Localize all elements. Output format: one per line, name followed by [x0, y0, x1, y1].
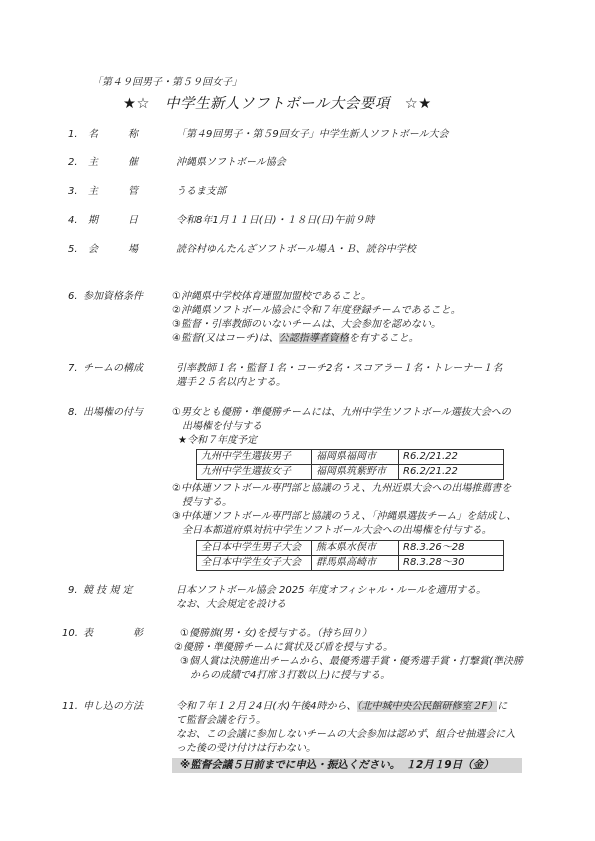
eligibility-line: ①沖縄県中学校体育連盟加盟校であること。 — [172, 290, 461, 304]
rules-line: 日本ソフトボール協会 2025 年度オフィシャル・ルールを適用する。 — [176, 584, 486, 598]
table-row: 九州中学生選抜男子 福岡県福岡市 R6.2/21.22 — [197, 450, 504, 465]
section-label: 会 場 — [88, 243, 138, 257]
highlighted-qualification: 公認指導者資格 — [279, 333, 349, 344]
kyushu-tournament-table: 九州中学生選抜男子 福岡県福岡市 R6.2/21.22 九州中学生選抜女子 福岡… — [196, 449, 504, 480]
awards-line: ③個人賞は決勝進出チームから、最優秀選手賞・優秀選手賞・打撃賞(準決勝 — [180, 655, 523, 669]
table-cell: 福岡県福岡市 — [312, 450, 399, 465]
section-number: 6. — [68, 290, 78, 304]
schedule-note: ★令和７年度予定 — [172, 434, 511, 448]
table-cell: 全日本中学生男子大会 — [197, 541, 312, 556]
section-number: 5. — [68, 243, 78, 257]
table-cell: R8.3.26～28 — [399, 541, 504, 556]
application-text: 令和７年１２月２4日(水)午後4時から、 — [176, 701, 357, 712]
section-number: 4. — [68, 214, 78, 228]
eligibility-line: ③監督・引率教師のいないチームは、大会参加を認めない。 — [172, 318, 461, 332]
composition-line: 選手２５名以内とする。 — [176, 376, 502, 390]
section-value: 「第４9回男子・第５9回女子」中学生新人ソフトボール大会 — [176, 128, 449, 142]
section-value: 読谷村ゆんたんざソフトボール場Ａ・Ｂ、読谷中学校 — [176, 243, 416, 257]
section-label: 名 称 — [88, 128, 138, 142]
deadline-notice: ※監督会議５日前までに申込・振込ください。 １2月１9日（金） — [172, 758, 522, 773]
awards-line: ①優勝旗(男・女)を授与する。（持ち回り） — [180, 627, 523, 641]
section-number: 10. — [62, 627, 78, 641]
section-label: 競 技 規 定 — [83, 584, 133, 598]
section-number: 11. — [62, 700, 78, 714]
section-label: 主 管 — [88, 185, 138, 199]
table-cell: R6.2/21.22 — [399, 450, 504, 465]
table-cell: R6.2/21.22 — [399, 465, 504, 480]
application-line: て監督会議を行う。 — [176, 714, 515, 728]
composition-line: 引率教師１名・監督１名・コーチ2名・スコアラー１名・トレーナー１名 — [176, 362, 502, 376]
section-label: チームの構成 — [83, 362, 143, 376]
section-number: 9. — [68, 584, 78, 598]
table-cell: 全日本中学生女子大会 — [197, 556, 312, 571]
table-cell: 熊本県水俣市 — [312, 541, 399, 556]
table-row: 全日本中学生男子大会 熊本県水俣市 R8.3.26～28 — [197, 541, 504, 556]
qualification-line: ②中体連ソフトボール専門部と協議のうえ、九州近県大会への出場推薦書を — [172, 482, 516, 496]
section-value: 令和8年1月１１日(日)・１８日(日)午前９時 — [176, 214, 374, 228]
section-number: 3. — [68, 185, 78, 199]
application-line: 令和７年１２月２4日(水)午後4時から、（北中城中央公民館研修室２F）に — [176, 700, 515, 714]
table-row: 全日本中学生女子大会 群馬県高崎市 R8.3.28～30 — [197, 556, 504, 571]
section-value: ②中体連ソフトボール専門部と協議のうえ、九州近県大会への出場推薦書を 授与する。… — [172, 482, 516, 538]
eligibility-line: ④監督(又はコーチ)は、公認指導者資格を有すること。 — [172, 332, 461, 346]
awards-line: ②優勝・準優勝チームに賞状及び盾を授与する。 — [174, 641, 523, 655]
section-value: うるま支部 — [176, 185, 226, 199]
section-label: 申し込の方法 — [83, 700, 143, 714]
rules-line: なお、大会規定を設ける — [176, 598, 486, 612]
qualification-line: 出場権を付与する — [172, 420, 511, 434]
eligibility-text: ④監督(又はコーチ)は、 — [172, 333, 279, 344]
national-tournament-table: 全日本中学生男子大会 熊本県水俣市 R8.3.26～28 全日本中学生女子大会 … — [196, 540, 504, 571]
application-text: に — [497, 701, 507, 712]
table-cell: 九州中学生選抜女子 — [197, 465, 312, 480]
section-number: 8. — [68, 406, 78, 420]
highlighted-venue: （北中城中央公民館研修室２F） — [357, 701, 498, 712]
section-value: ①男女とも優勝・準優勝チームには、九州中学生ソフトボール選抜大会への 出場権を付… — [172, 406, 511, 448]
section-number: 7. — [68, 362, 78, 376]
section-label: 参加資格条件 — [83, 290, 143, 304]
page-title: ★☆ 中学生新人ソフトボール大会要項 ☆★ — [123, 92, 432, 113]
qualification-line: 全日本都道府県対抗中学生ソフトボール大会への出場権を付与する。 — [172, 524, 516, 538]
table-cell: 群馬県高崎市 — [312, 556, 399, 571]
qualification-line: ①男女とも優勝・準優勝チームには、九州中学生ソフトボール選抜大会への — [172, 406, 511, 420]
section-label: 期 日 — [88, 214, 138, 228]
section-label: 主 催 — [88, 156, 138, 170]
table-cell: 九州中学生選抜男子 — [197, 450, 312, 465]
awards-line: からの成績で4打席３打数以上)に授与する。 — [180, 669, 523, 683]
qualification-line: ③中体連ソフトボール専門部と協議のうえ、「沖縄県選抜チーム」を結成し、 — [172, 510, 516, 524]
section-label: 出場権の付与 — [83, 406, 143, 420]
section-value: ①優勝旗(男・女)を授与する。（持ち回り） ②優勝・準優勝チームに賞状及び盾を授… — [180, 627, 523, 683]
application-line: なお、この会議に参加しないチームの大会参加は認めず、組合せ抽選会に入 — [176, 728, 515, 742]
section-value: 沖縄県ソフトボール協会 — [176, 156, 286, 170]
section-number: 2. — [68, 156, 78, 170]
section-value: 日本ソフトボール協会 2025 年度オフィシャル・ルールを適用する。 なお、大会… — [176, 584, 486, 612]
section-value: 引率教師１名・監督１名・コーチ2名・スコアラー１名・トレーナー１名 選手２５名以… — [176, 362, 502, 390]
table-row: 九州中学生選抜女子 福岡県筑紫野市 R6.2/21.22 — [197, 465, 504, 480]
eligibility-line: ②沖縄県ソフトボール協会に令和７年度登録チームであること。 — [172, 304, 461, 318]
eligibility-text: を有すること。 — [349, 333, 419, 344]
table-cell: R8.3.28～30 — [399, 556, 504, 571]
table-cell: 福岡県筑紫野市 — [312, 465, 399, 480]
application-line: った後の受け付けは行わない。 — [176, 742, 515, 756]
section-label: 表 彰 — [83, 627, 143, 641]
section-number: 1. — [68, 128, 78, 142]
tournament-subtitle: 「第４９回男子・第５９回女子」 — [92, 73, 242, 88]
qualification-line: 授与する。 — [172, 496, 516, 510]
section-value: 令和７年１２月２4日(水)午後4時から、（北中城中央公民館研修室２F）に て監督… — [176, 700, 515, 756]
section-value: ①沖縄県中学校体育連盟加盟校であること。 ②沖縄県ソフトボール協会に令和７年度登… — [172, 290, 461, 346]
